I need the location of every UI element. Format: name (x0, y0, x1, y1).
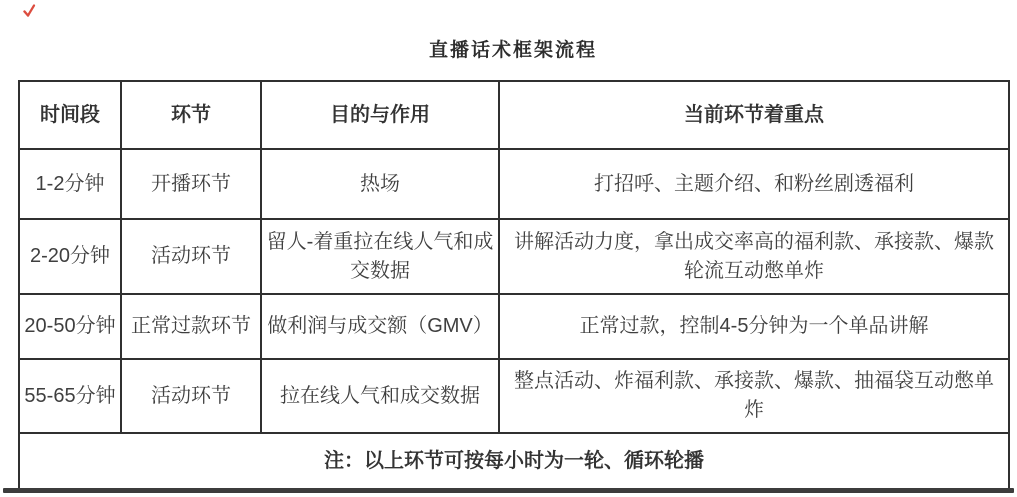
cell-focus: 打招呼、主题介绍、和粉丝剧透福利 (499, 149, 1009, 219)
cell-time: 20-50分钟 (19, 294, 121, 359)
cell-purpose: 热场 (261, 149, 499, 219)
cell-purpose: 留人-着重拉在线人气和成交数据 (261, 219, 499, 294)
cell-segment: 正常过款环节 (121, 294, 261, 359)
cell-segment: 活动环节 (121, 219, 261, 294)
cell-focus: 讲解活动力度，拿出成交率高的福利款、承接款、爆款轮流互动憋单炸 (499, 219, 1009, 294)
cell-segment: 活动环节 (121, 359, 261, 433)
table-row: 55-65分钟 活动环节 拉在线人气和成交数据 整点活动、炸福利款、承接款、爆款… (19, 359, 1009, 433)
note-cell: 注：以上环节可按每小时为一轮、循环轮播 (19, 433, 1009, 490)
cell-purpose: 拉在线人气和成交数据 (261, 359, 499, 433)
header-cell-purpose: 目的与作用 (261, 81, 499, 149)
cell-time: 2-20分钟 (19, 219, 121, 294)
page-title: 直播话术框架流程 (18, 35, 1008, 62)
table-row: 2-20分钟 活动环节 留人-着重拉在线人气和成交数据 讲解活动力度，拿出成交率… (19, 219, 1009, 294)
table-row: 1-2分钟 开播环节 热场 打招呼、主题介绍、和粉丝剧透福利 (19, 149, 1009, 219)
cell-segment: 开播环节 (121, 149, 261, 219)
header-cell-time: 时间段 (19, 81, 121, 149)
note-row: 注：以上环节可按每小时为一轮、循环轮播 (19, 433, 1009, 490)
bottom-edge-line (3, 488, 1014, 493)
cell-time: 1-2分钟 (19, 149, 121, 219)
table-row: 20-50分钟 正常过款环节 做利润与成交额（GMV） 正常过款，控制4-5分钟… (19, 294, 1009, 359)
cell-focus: 整点活动、炸福利款、承接款、爆款、抽福袋互动憋单炸 (499, 359, 1009, 433)
header-row: 时间段 环节 目的与作用 当前环节着重点 (19, 81, 1009, 149)
cell-purpose: 做利润与成交额（GMV） (261, 294, 499, 359)
cell-time: 55-65分钟 (19, 359, 121, 433)
live-script-framework-table: 时间段 环节 目的与作用 当前环节着重点 1-2分钟 开播环节 热场 打招呼、主… (18, 80, 1010, 491)
header-cell-focus: 当前环节着重点 (499, 81, 1009, 149)
header-cell-segment: 环节 (121, 81, 261, 149)
red-pen-mark-icon (22, 3, 37, 18)
document-page: 直播话术框架流程 时间段 环节 目的与作用 当前环节着重点 1-2分钟 开播环节… (0, 0, 1017, 497)
cell-focus: 正常过款，控制4-5分钟为一个单品讲解 (499, 294, 1009, 359)
